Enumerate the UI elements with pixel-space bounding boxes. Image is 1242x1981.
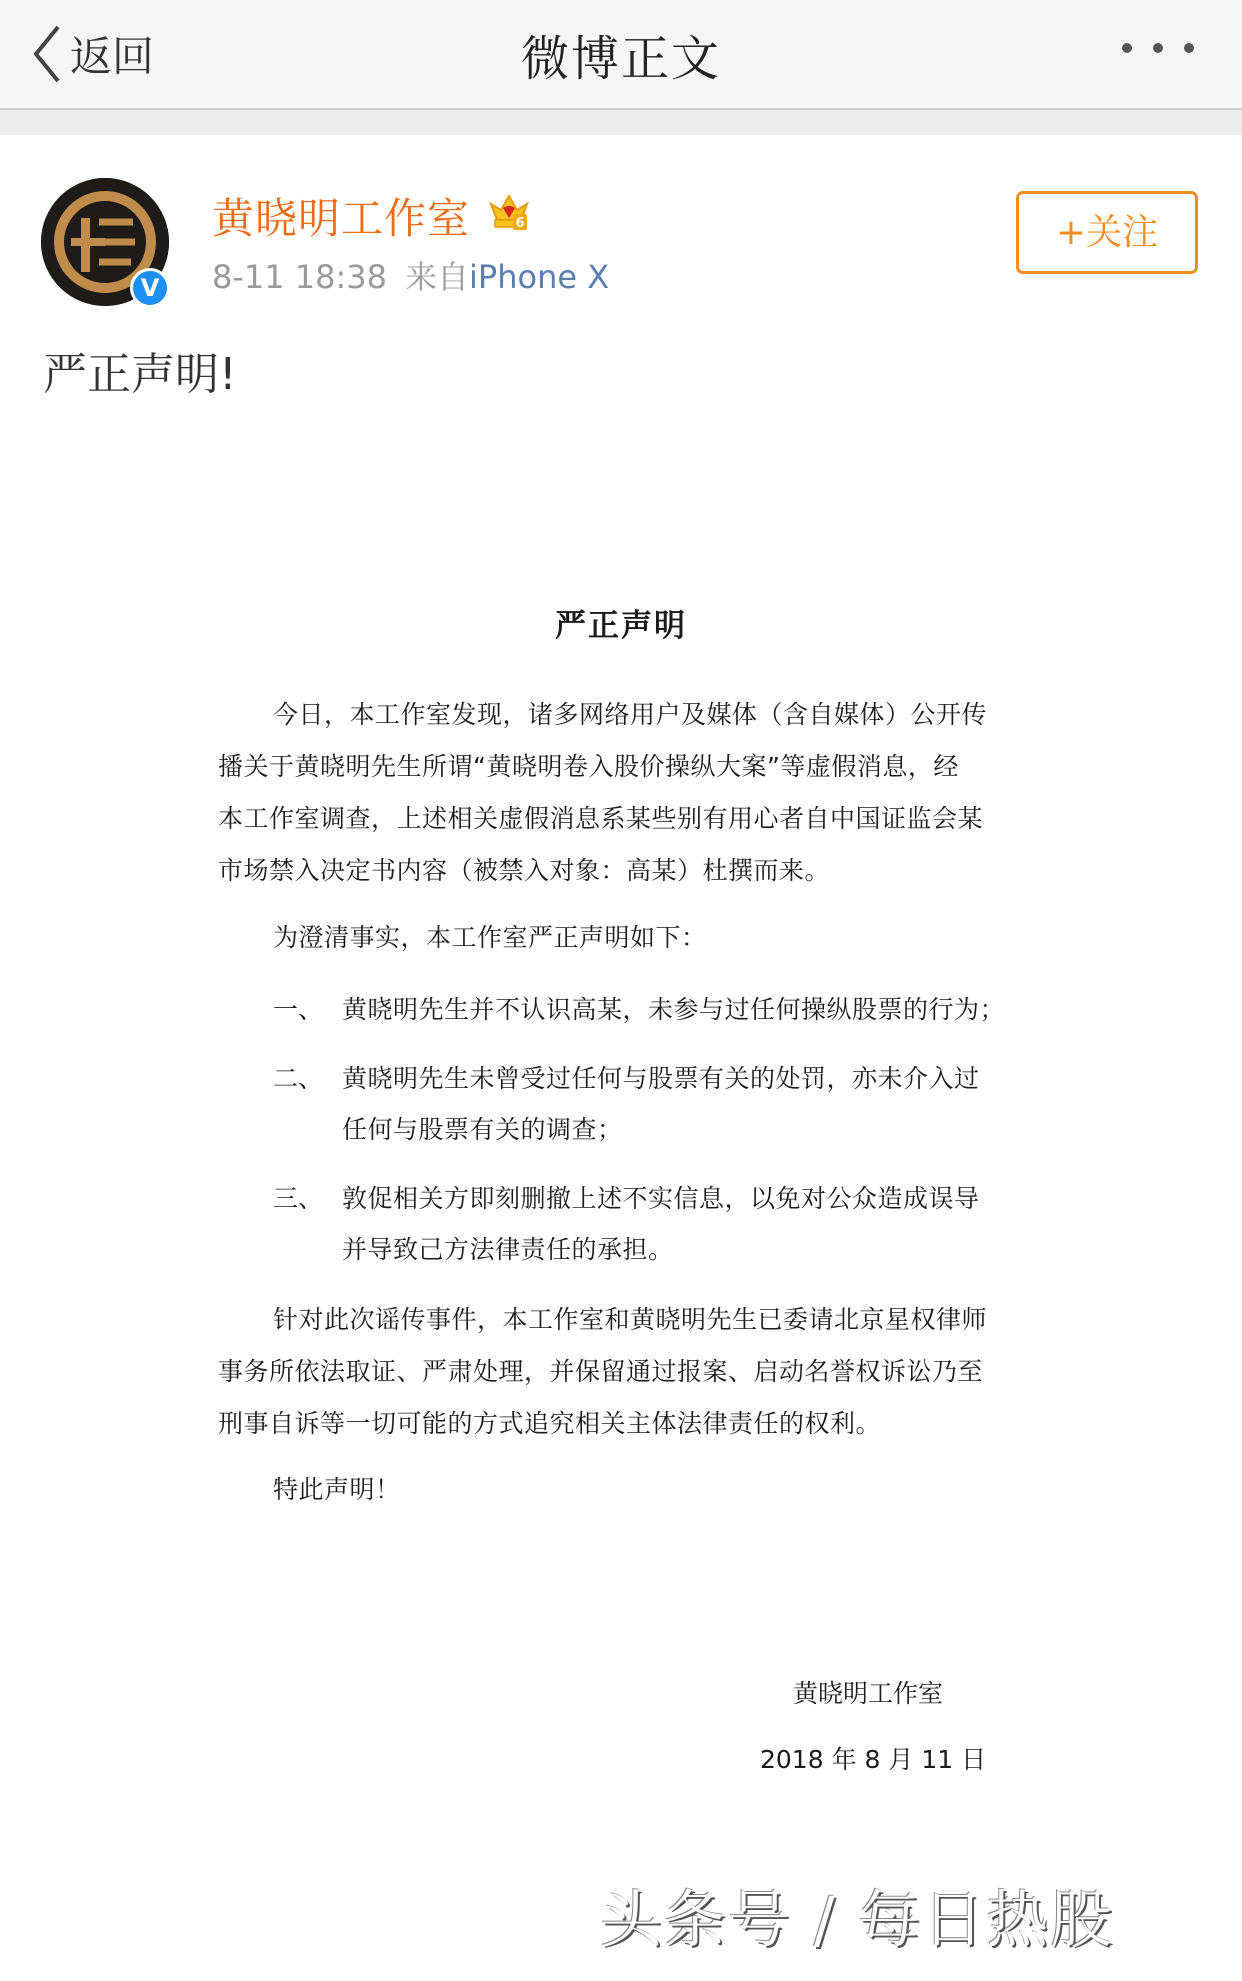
verified-badge-icon: V [130,268,170,308]
statement-image[interactable]: 严正声明 今日，本工作室发现，诸多网络用户及媒体（含自媒体）公开传 播关于黄晓明… [0,560,1242,1870]
svg-text:6: 6 [515,216,524,231]
statement-closing: 特此声明！ [273,1470,401,1506]
post-timestamp: 8-11 18:38 [212,258,387,296]
list-item-text: 黄晓明先生未曾受过任何与股票有关的处罚，亦未介入过 [342,1059,980,1095]
list-item-text: 并导致己方法律责任的承担。 [342,1230,674,1266]
more-button[interactable] [1122,36,1194,60]
nav-bar: 返回 微博正文 [0,0,1242,110]
post-text: 严正声明! [43,338,237,402]
list-item-text: 黄晓明先生并不认识高某，未参与过任何操纵股票的行为； [342,990,1005,1026]
list-ordinal: 二、 [273,1059,323,1095]
more-dots-icon [1122,43,1132,53]
follow-button[interactable]: +关注 [1016,191,1198,274]
statement-signature: 黄晓明工作室 [793,1674,943,1710]
list-ordinal: 三、 [273,1179,323,1215]
statement-line: 今日，本工作室发现，诸多网络用户及媒体（含自媒体）公开传 [273,695,987,731]
statement-line: 刑事自诉等一切可能的方式追究相关主体法律责任的权利。 [218,1404,881,1440]
watermark: 头条号 / 每日热股 [600,1870,1114,1959]
list-item-text: 任何与股票有关的调查； [342,1110,623,1146]
statement-line: 为澄清事实，本工作室严正声明如下： [273,918,707,954]
post-source-link[interactable]: iPhone X [469,258,609,296]
list-item-text: 敦促相关方即刻删撤上述不实信息，以免对公众造成误导 [342,1179,980,1215]
statement-line: 针对此次谣传事件，本工作室和黄晓明先生已委请北京星权律师 [273,1300,987,1336]
more-dots-icon [1184,43,1194,53]
statement-date: 2018 年 8 月 11 日 [760,1740,986,1776]
list-ordinal: 一、 [273,990,323,1026]
page-title: 微博正文 [0,20,1242,89]
author-name[interactable]: 黄晓明工作室 [212,186,470,246]
statement-line: 播关于黄晓明先生所谓“黄晓明卷入股价操纵大案”等虚假消息，经 [218,747,959,783]
statement-line: 本工作室调查，上述相关虚假消息系某些别有用心者自中国证监会某 [218,799,983,835]
separator-band [0,110,1242,135]
more-dots-icon [1153,43,1163,53]
from-label: 来自 [405,258,469,296]
post-meta: 8-11 18:38来自iPhone X [212,252,609,298]
statement-line: 市场禁入决定书内容（被禁入对象：高某）杜撰而来。 [218,851,830,887]
statement-title: 严正声明 [0,600,1242,645]
statement-line: 事务所依法取证、严肃处理，并保留通过报案、启动名誉权诉讼乃至 [218,1352,983,1388]
member-crown-icon: 6 [487,190,531,234]
